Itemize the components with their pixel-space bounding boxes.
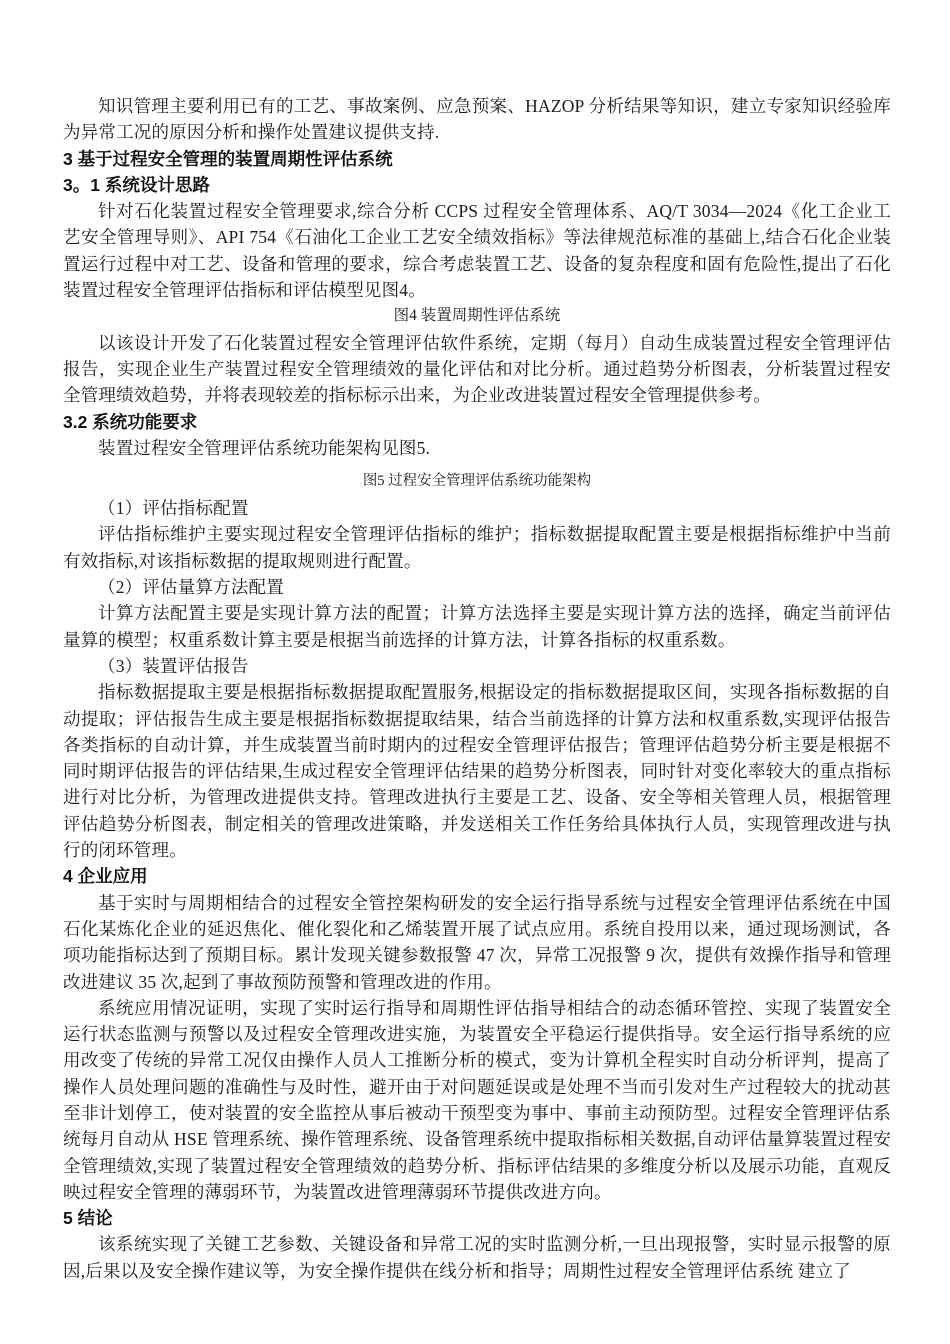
paragraph-pilot-application: 基于实时与周期相结合的过程安全管控架构研发的安全运行指导系统与过程安全管理评估系… — [63, 890, 891, 995]
section-heading-3: 3 基于过程安全管理的装置周期性评估系统 — [63, 146, 891, 172]
section-heading-5: 5 结论 — [63, 1205, 891, 1231]
list-item-3-title: （3）装置评估报告 — [63, 653, 891, 679]
section-heading-4: 4 企业应用 — [63, 863, 891, 889]
paragraph-application-results: 系统应用情况证明，实现了实时运行指导和周期性评估指导相结合的动态循环管控、实现了… — [63, 995, 891, 1205]
paragraph-assessment-report: 指标数据提取主要是根据指标数据提取配置服务,根据设定的指标数据提取区间，实现各指… — [63, 679, 891, 863]
figure-5-caption: 图5 过程安全管理评估系统功能架构 — [63, 469, 891, 493]
document-body: 知识管理主要利用已有的工艺、事故案例、应急预案、HAZOP 分析结果等知识，建立… — [63, 93, 891, 1284]
paragraph-design-basis: 针对石化装置过程安全管理要求,综合分析 CCPS 过程安全管理体系、AQ/T 3… — [63, 198, 891, 303]
figure-4-caption: 图4 装置周期性评估系统 — [63, 303, 891, 329]
paragraph-indicator-config: 评估指标维护主要实现过程安全管理评估指标的维护；指标数据提取配置主要是根据指标维… — [63, 521, 891, 574]
document-page: 知识管理主要利用已有的工艺、事故案例、应急预案、HAZOP 分析结果等知识，建立… — [0, 0, 950, 1344]
paragraph-conclusion: 该系统实现了关键工艺参数、关键设备和异常工况的实时监测分析,一旦出现报警，实时显… — [63, 1231, 891, 1284]
list-item-2-title: （2）评估量算方法配置 — [63, 574, 891, 600]
section-heading-3-1: 3。1 系统设计思路 — [63, 172, 891, 198]
paragraph-calc-method-config: 计算方法配置主要是实现计算方法的配置；计算方法选择主要是实现计算方法的选择，确定… — [63, 600, 891, 653]
paragraph-architecture-ref: 装置过程安全管理评估系统功能架构见图5. — [63, 435, 891, 461]
list-item-1-title: （1）评估指标配置 — [63, 495, 891, 521]
section-heading-3-2: 3.2 系统功能要求 — [63, 409, 891, 435]
paragraph-knowledge-management: 知识管理主要利用已有的工艺、事故案例、应急预案、HAZOP 分析结果等知识，建立… — [63, 93, 891, 146]
paragraph-software-system: 以该设计开发了石化装置过程安全管理评估软件系统，定期（每月）自动生成装置过程安全… — [63, 330, 891, 409]
